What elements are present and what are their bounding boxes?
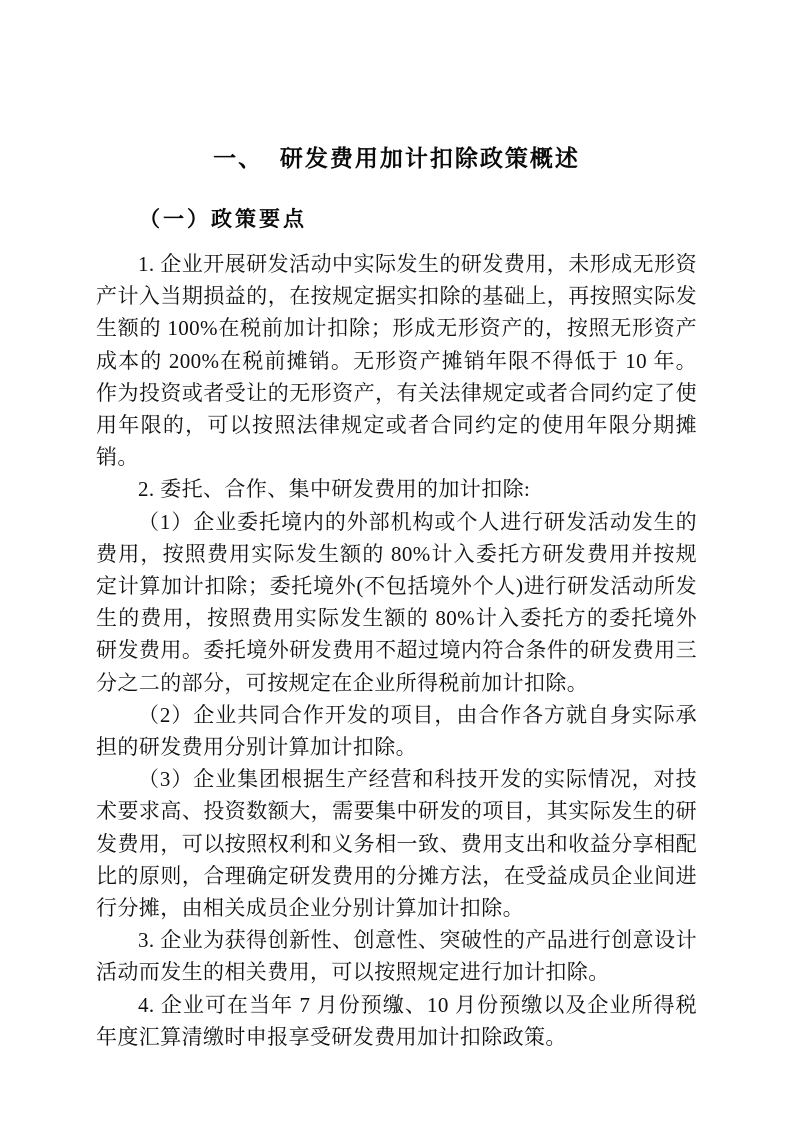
paragraph: 1. 企业开展研发活动中实际发生的研发费用，未形成无形资产计入当期损益的，在按规… — [96, 248, 697, 473]
paragraph: 3. 企业为获得创新性、创意性、突破性的产品进行创意设计活动而发生的相关费用，可… — [96, 924, 697, 988]
document-title: 一、 研发费用加计扣除政策概述 — [0, 140, 793, 173]
document-body: 1. 企业开展研发活动中实际发生的研发费用，未形成无形资产计入当期损益的，在按规… — [96, 248, 697, 1053]
paragraph: 4. 企业可在当年 7 月份预缴、10 月份预缴以及企业所得税年度汇算清缴时申报… — [96, 989, 697, 1053]
paragraph: （3）企业集团根据生产经营和科技开发的实际情况，对技术要求高、投资数额大，需要集… — [96, 763, 697, 924]
paragraph: 2. 委托、合作、集中研发费用的加计扣除: — [96, 473, 697, 505]
paragraph: （1）企业委托境内的外部机构或个人进行研发活动发生的费用，按照费用实际发生额的 … — [96, 506, 697, 699]
document-page: 一、 研发费用加计扣除政策概述 （一）政策要点 1. 企业开展研发活动中实际发生… — [0, 0, 793, 1122]
section-heading: （一）政策要点 — [139, 203, 307, 233]
paragraph: （2）企业共同合作开发的项目，由合作各方就自身实际承担的研发费用分别计算加计扣除… — [96, 699, 697, 763]
page-number: 1 — [0, 1001, 793, 1018]
